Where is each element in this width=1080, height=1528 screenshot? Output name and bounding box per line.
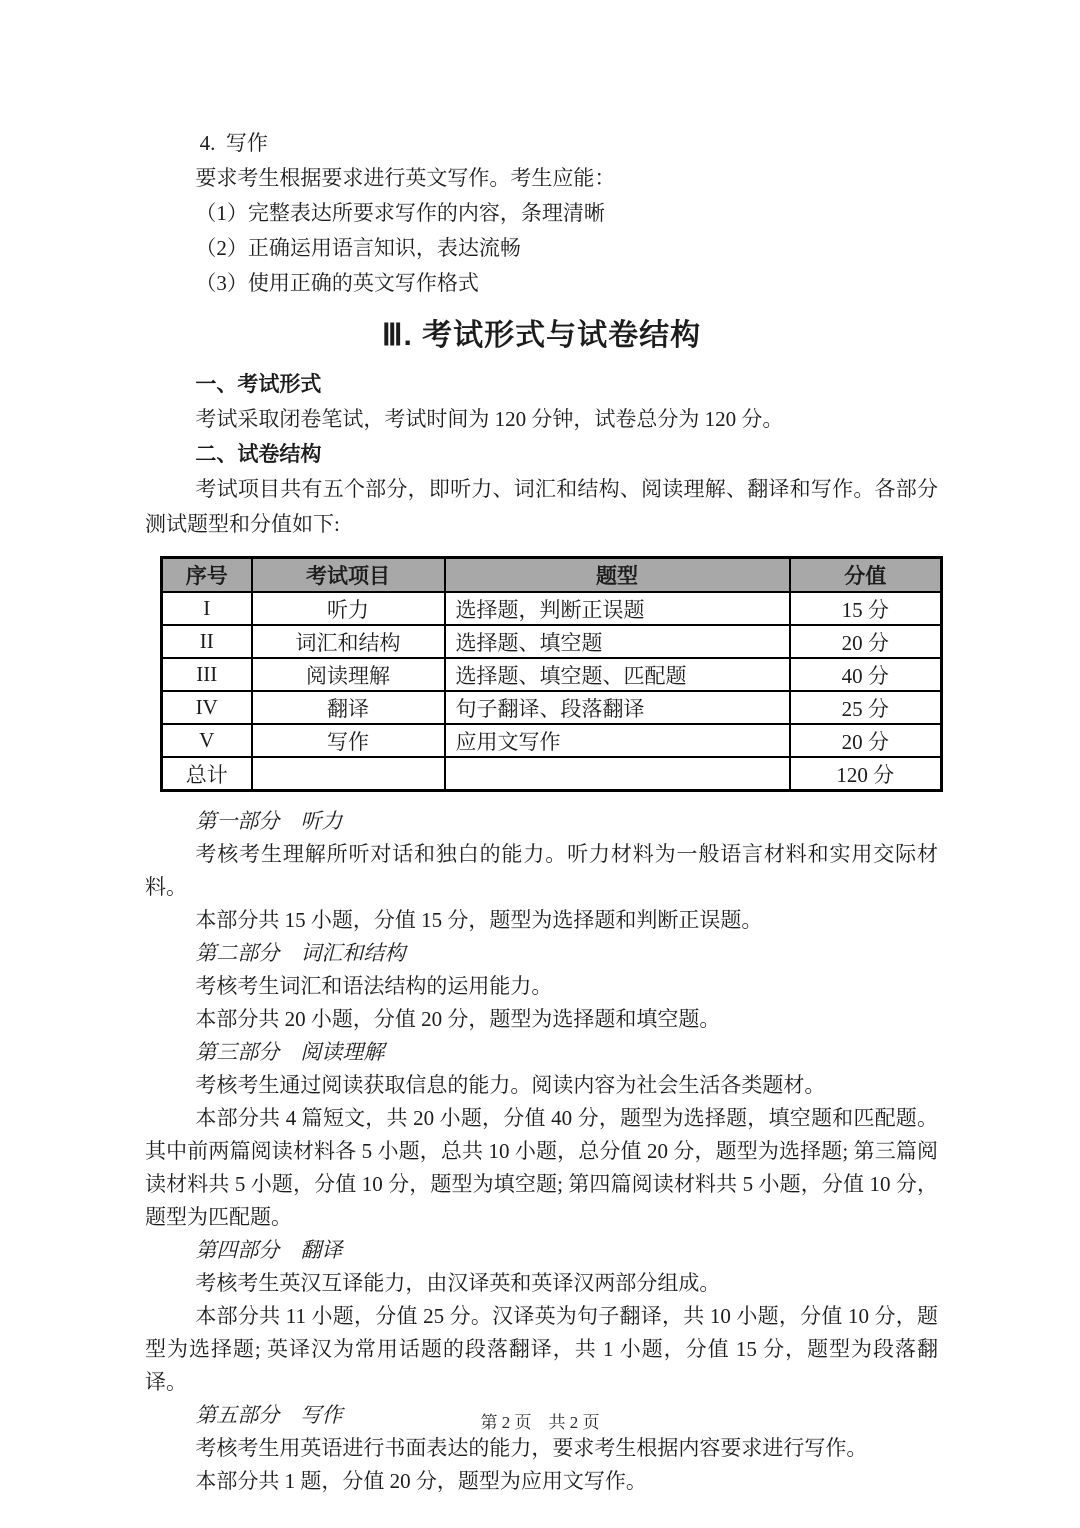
column-header-index: 序号 [162, 558, 252, 593]
cell-total-score: 120 分 [790, 757, 942, 791]
cell-question-type: 应用文写作 [445, 724, 790, 757]
part-paragraph: 本部分共 4 篇短文，共 20 小题，分值 40 分，题型为选择题，填空题和匹配… [145, 1102, 938, 1234]
exam-structure-table: 序号 考试项目 题型 分值 I 听力 选择题，判断正误题 15 分 II 词汇和… [160, 556, 943, 792]
chapter-heading: Ⅲ. 考试形式与试卷结构 [145, 313, 938, 359]
cell-index: IV [162, 691, 252, 724]
writing-skill-section: 4. 写作 要求考生根据要求进行英文写作。考生应能： （1）完整表达所要求写作的… [145, 126, 938, 301]
part-paragraph: 本部分共 11 小题，分值 25 分。汉译英为句子翻译，共 10 小题，分值 1… [145, 1300, 938, 1399]
cell-empty [252, 757, 445, 791]
cell-subject: 翻译 [252, 691, 445, 724]
part-heading: 第三部分 阅读理解 [145, 1036, 938, 1069]
part-paragraph: 考核考生英汉互译能力，由汉译英和英译汉两部分组成。 [145, 1267, 938, 1300]
cell-index: V [162, 724, 252, 757]
part-paragraph: 考核考生词汇和语法结构的运用能力。 [145, 970, 938, 1003]
part-vocabulary-structure: 第二部分 词汇和结构 考核考生词汇和语法结构的运用能力。 本部分共 20 小题，… [145, 937, 938, 1036]
cell-index: II [162, 625, 252, 658]
table-row: V 写作 应用文写作 20 分 [162, 724, 942, 757]
column-header-subject: 考试项目 [252, 558, 445, 593]
cell-empty [445, 757, 790, 791]
table-row: III 阅读理解 选择题、填空题、匹配题 40 分 [162, 658, 942, 691]
cell-index: I [162, 592, 252, 625]
cell-score: 20 分 [790, 625, 942, 658]
part-reading-comprehension: 第三部分 阅读理解 考核考生通过阅读获取信息的能力。阅读内容为社会生活各类题材。… [145, 1036, 938, 1234]
writing-skill-item: （1）完整表达所要求写作的内容，条理清晰 [145, 196, 938, 231]
cell-score: 20 分 [790, 724, 942, 757]
cell-question-type: 选择题、填空题、匹配题 [445, 658, 790, 691]
writing-skill-intro: 要求考生根据要求进行英文写作。考生应能： [145, 161, 938, 196]
part-heading: 第四部分 翻译 [145, 1234, 938, 1267]
part-paragraph: 考核考生通过阅读获取信息的能力。阅读内容为社会生活各类题材。 [145, 1069, 938, 1102]
table-row: I 听力 选择题，判断正误题 15 分 [162, 592, 942, 625]
part-descriptions: 第一部分 听力 考核考生理解所听对话和独白的能力。听力材料为一般语言材料和实用交… [145, 805, 938, 1498]
table-total-row: 总计 120 分 [162, 757, 942, 791]
column-header-question-type: 题型 [445, 558, 790, 593]
cell-score: 25 分 [790, 691, 942, 724]
cell-index: III [162, 658, 252, 691]
document-page: 4. 写作 要求考生根据要求进行英文写作。考生应能： （1）完整表达所要求写作的… [0, 0, 1080, 1528]
paper-structure-title: 二、试卷结构 [145, 437, 938, 472]
writing-skill-item: （3）使用正确的英文写作格式 [145, 266, 938, 301]
cell-subject: 听力 [252, 592, 445, 625]
writing-skill-title: 4. 写作 [145, 126, 938, 161]
cell-question-type: 选择题，判断正误题 [445, 592, 790, 625]
table-row: IV 翻译 句子翻译、段落翻译 25 分 [162, 691, 942, 724]
part-paragraph: 考核考生用英语进行书面表达的能力，要求考生根据内容要求进行写作。 [145, 1432, 938, 1465]
paper-structure-body: 考试项目共有五个部分，即听力、词汇和结构、阅读理解、翻译和写作。各部分测试题型和… [145, 472, 938, 542]
part-paragraph: 考核考生理解所听对话和独白的能力。听力材料为一般语言材料和实用交际材料。 [145, 838, 938, 904]
cell-score: 40 分 [790, 658, 942, 691]
writing-skill-item: （2）正确运用语言知识，表达流畅 [145, 231, 938, 266]
cell-subject: 写作 [252, 724, 445, 757]
page-number: 第 2 页 共 2 页 [0, 1408, 1080, 1433]
cell-total-label: 总计 [162, 757, 252, 791]
part-heading: 第二部分 词汇和结构 [145, 937, 938, 970]
part-paragraph: 本部分共 20 小题，分值 20 分，题型为选择题和填空题。 [145, 1003, 938, 1036]
cell-score: 15 分 [790, 592, 942, 625]
part-heading: 第一部分 听力 [145, 805, 938, 838]
table-header-row: 序号 考试项目 题型 分值 [162, 558, 942, 593]
exam-form-body: 考试采取闭卷笔试，考试时间为 120 分钟，试卷总分为 120 分。 [145, 402, 938, 437]
page-content: 4. 写作 要求考生根据要求进行英文写作。考生应能： （1）完整表达所要求写作的… [145, 126, 938, 1498]
part-translation: 第四部分 翻译 考核考生英汉互译能力，由汉译英和英译汉两部分组成。 本部分共 1… [145, 1234, 938, 1399]
exam-form-title: 一、考试形式 [145, 367, 938, 402]
part-listening: 第一部分 听力 考核考生理解所听对话和独白的能力。听力材料为一般语言材料和实用交… [145, 805, 938, 937]
cell-question-type: 选择题、填空题 [445, 625, 790, 658]
part-paragraph: 本部分共 15 小题，分值 15 分，题型为选择题和判断正误题。 [145, 904, 938, 937]
part-paragraph: 本部分共 1 题，分值 20 分，题型为应用文写作。 [145, 1465, 938, 1498]
cell-subject: 词汇和结构 [252, 625, 445, 658]
column-header-score: 分值 [790, 558, 942, 593]
cell-question-type: 句子翻译、段落翻译 [445, 691, 790, 724]
cell-subject: 阅读理解 [252, 658, 445, 691]
table-row: II 词汇和结构 选择题、填空题 20 分 [162, 625, 942, 658]
